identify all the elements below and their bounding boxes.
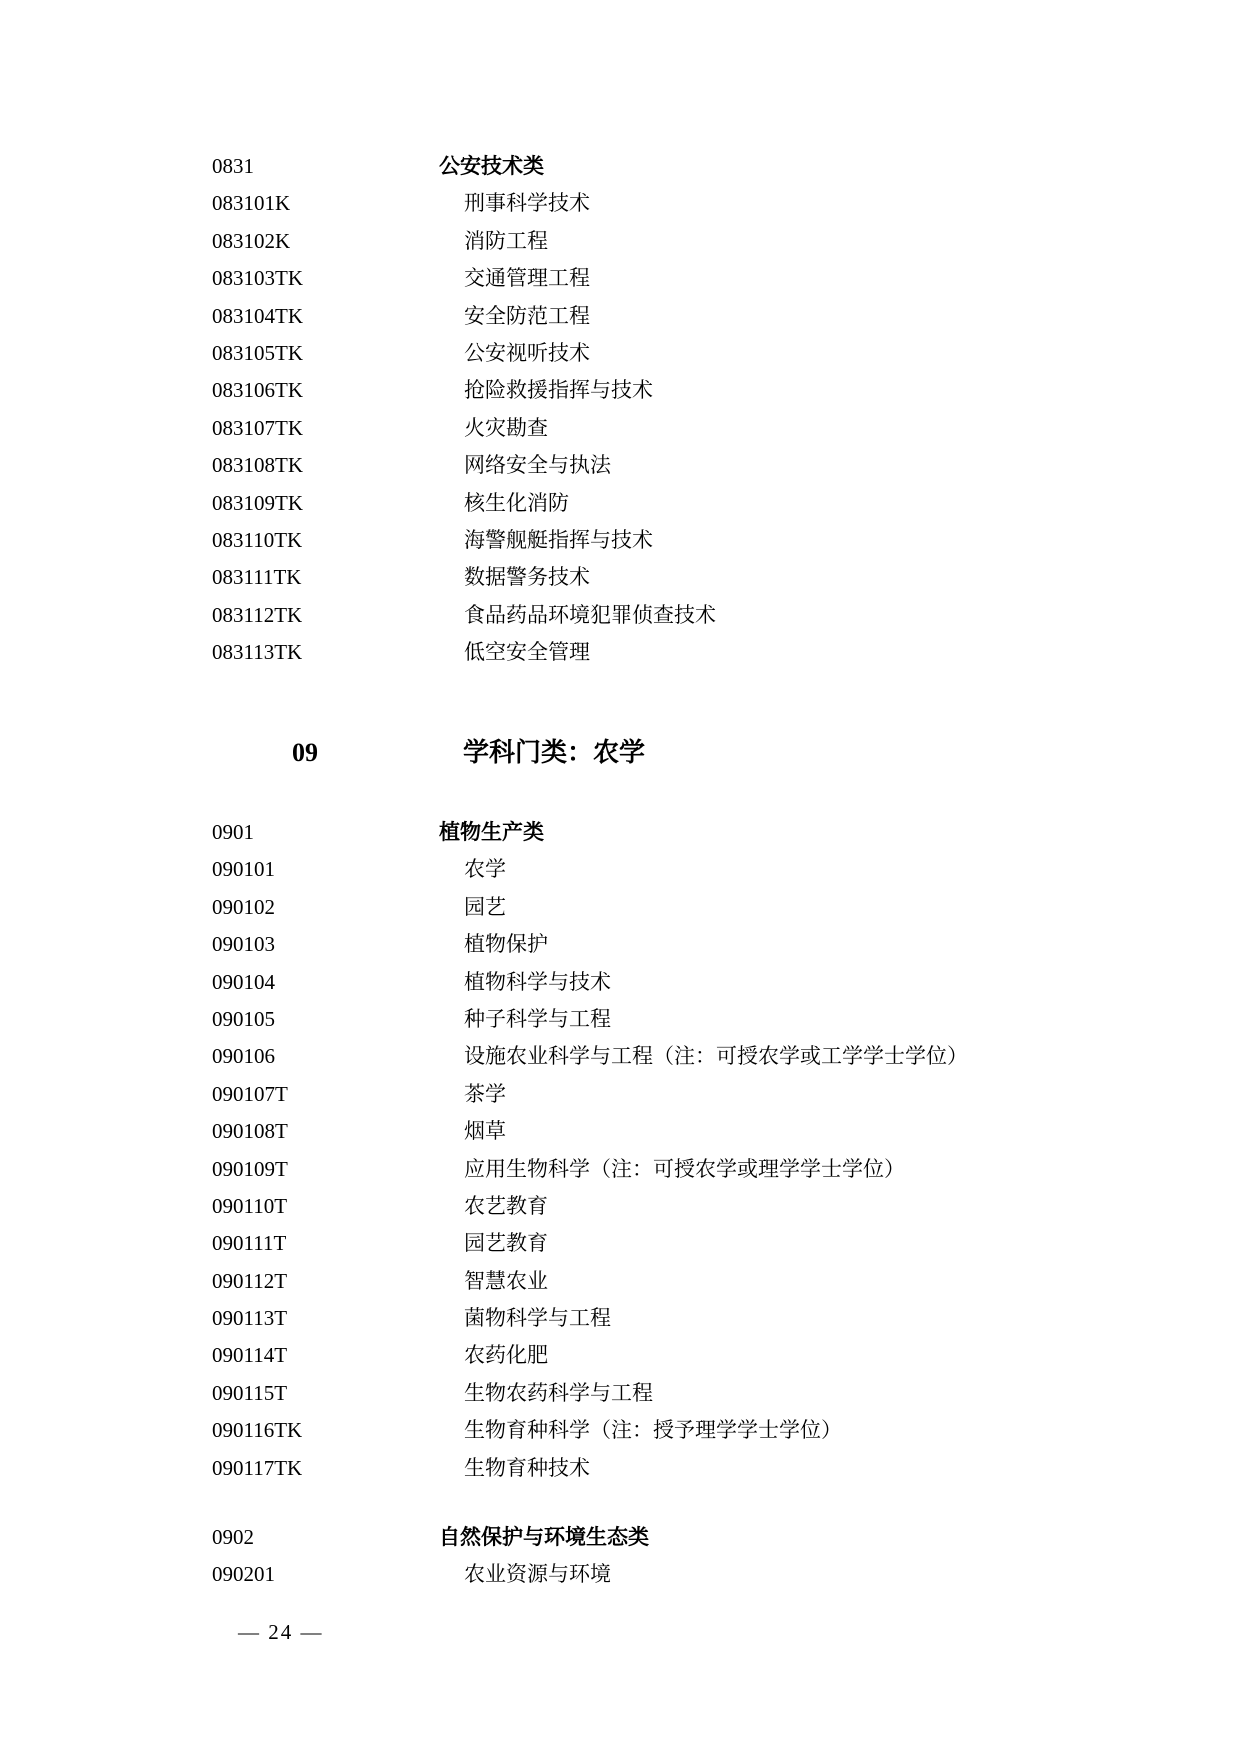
- major-name: 食品药品环境犯罪侦查技术: [439, 597, 716, 634]
- major-name: 园艺: [439, 889, 506, 926]
- major-name: 农业资源与环境: [439, 1556, 611, 1593]
- major-row: 090108T烟草: [0, 1113, 1241, 1150]
- category-title: 公安技术类: [439, 148, 544, 185]
- major-code: 083104TK: [212, 298, 439, 335]
- division-header: 09 学科门类：农学: [0, 736, 1241, 778]
- major-name: 植物科学与技术: [439, 964, 611, 1001]
- major-code: 083110TK: [212, 522, 439, 559]
- major-code: 083109TK: [212, 485, 439, 522]
- major-name: 植物保护: [439, 926, 548, 963]
- major-name: 农药化肥: [439, 1337, 548, 1374]
- major-row: 083102K消防工程: [0, 223, 1241, 260]
- major-row: 090113T菌物科学与工程: [0, 1300, 1241, 1337]
- major-name: 农艺教育: [439, 1188, 548, 1225]
- major-code: 090112T: [212, 1263, 439, 1300]
- major-row: 083105TK公安视听技术: [0, 335, 1241, 372]
- major-name: 消防工程: [439, 223, 548, 260]
- major-code: 090106: [212, 1038, 439, 1075]
- major-name: 抢险救援指挥与技术: [439, 372, 653, 409]
- major-code: 090114T: [212, 1337, 439, 1374]
- major-name: 生物育种科学（注：授予理学学士学位）: [439, 1412, 842, 1449]
- major-name: 生物农药科学与工程: [439, 1375, 653, 1412]
- major-row: 090116TK生物育种科学（注：授予理学学士学位）: [0, 1412, 1241, 1449]
- major-code: 090101: [212, 851, 439, 888]
- major-code: 090111T: [212, 1225, 439, 1262]
- major-row: 090201农业资源与环境: [0, 1556, 1241, 1593]
- major-code: 0902: [212, 1519, 439, 1556]
- major-name: 智慧农业: [439, 1263, 548, 1300]
- major-code: 083105TK: [212, 335, 439, 372]
- major-code: 0831: [212, 148, 439, 185]
- major-name: 火灾勘查: [439, 410, 548, 447]
- category-section-0901: 0901植物生产类090101农学090102园艺090103植物保护09010…: [0, 814, 1241, 1487]
- major-code: 090104: [212, 964, 439, 1001]
- major-code: 090117TK: [212, 1450, 439, 1487]
- major-code: 090115T: [212, 1375, 439, 1412]
- major-name: 烟草: [439, 1113, 506, 1150]
- major-name: 交通管理工程: [439, 260, 590, 297]
- major-row: 083112TK食品药品环境犯罪侦查技术: [0, 597, 1241, 634]
- major-code: 090110T: [212, 1188, 439, 1225]
- major-name: 应用生物科学（注：可授农学或理学学士学位）: [439, 1151, 905, 1188]
- major-row: 083107TK火灾勘查: [0, 410, 1241, 447]
- category-row: 0902自然保护与环境生态类: [0, 1519, 1241, 1556]
- major-name: 园艺教育: [439, 1225, 548, 1262]
- page-footer: — 24 —: [238, 1620, 324, 1645]
- major-row: 090101农学: [0, 851, 1241, 888]
- category-row: 0831公安技术类: [0, 148, 1241, 185]
- category-section-0902: 0902自然保护与环境生态类090201农业资源与环境: [0, 1519, 1241, 1594]
- major-row: 090105种子科学与工程: [0, 1001, 1241, 1038]
- major-name: 核生化消防: [439, 485, 569, 522]
- major-name: 设施农业科学与工程（注：可授农学或工学学士学位）: [439, 1038, 968, 1075]
- major-row: 090112T智慧农业: [0, 1263, 1241, 1300]
- division-code: 09: [292, 736, 318, 770]
- major-code: 083107TK: [212, 410, 439, 447]
- major-row: 083108TK网络安全与执法: [0, 447, 1241, 484]
- category-title: 植物生产类: [439, 814, 544, 851]
- major-name: 种子科学与工程: [439, 1001, 611, 1038]
- major-row: 083104TK安全防范工程: [0, 298, 1241, 335]
- major-code: 083113TK: [212, 634, 439, 671]
- major-row: 090109T应用生物科学（注：可授农学或理学学士学位）: [0, 1151, 1241, 1188]
- major-code: 083106TK: [212, 372, 439, 409]
- major-code: 090108T: [212, 1113, 439, 1150]
- major-row: 083109TK核生化消防: [0, 485, 1241, 522]
- major-name: 生物育种技术: [439, 1450, 590, 1487]
- major-code: 090113T: [212, 1300, 439, 1337]
- major-row: 083111TK数据警务技术: [0, 559, 1241, 596]
- major-row: 090117TK生物育种技术: [0, 1450, 1241, 1487]
- major-code: 090105: [212, 1001, 439, 1038]
- major-row: 090115T生物农药科学与工程: [0, 1375, 1241, 1412]
- major-code: 083101K: [212, 185, 439, 222]
- major-code: 083103TK: [212, 260, 439, 297]
- major-row: 083103TK交通管理工程: [0, 260, 1241, 297]
- major-code: 090116TK: [212, 1412, 439, 1449]
- major-code: 083112TK: [212, 597, 439, 634]
- major-row: 083106TK抢险救援指挥与技术: [0, 372, 1241, 409]
- major-code: 083102K: [212, 223, 439, 260]
- major-code: 083108TK: [212, 447, 439, 484]
- major-code: 090107T: [212, 1076, 439, 1113]
- major-code: 0901: [212, 814, 439, 851]
- category-title: 自然保护与环境生态类: [439, 1519, 649, 1556]
- major-name: 公安视听技术: [439, 335, 590, 372]
- major-row: 090104植物科学与技术: [0, 964, 1241, 1001]
- major-row: 083110TK海警舰艇指挥与技术: [0, 522, 1241, 559]
- major-name: 安全防范工程: [439, 298, 590, 335]
- page-number: — 24 —: [238, 1620, 324, 1644]
- major-row: 090114T农药化肥: [0, 1337, 1241, 1374]
- major-name: 低空安全管理: [439, 634, 590, 671]
- category-row: 0901植物生产类: [0, 814, 1241, 851]
- major-row: 090110T农艺教育: [0, 1188, 1241, 1225]
- major-code: 090102: [212, 889, 439, 926]
- category-section-0831: 0831公安技术类083101K刑事科学技术083102K消防工程083103T…: [0, 148, 1241, 671]
- major-row: 090102园艺: [0, 889, 1241, 926]
- major-row: 090103植物保护: [0, 926, 1241, 963]
- major-name: 菌物科学与工程: [439, 1300, 611, 1337]
- major-row: 090111T园艺教育: [0, 1225, 1241, 1262]
- major-name: 数据警务技术: [439, 559, 590, 596]
- major-code: 090201: [212, 1556, 439, 1593]
- major-name: 网络安全与执法: [439, 447, 611, 484]
- major-name: 茶学: [439, 1076, 506, 1113]
- division-title: 学科门类：农学: [463, 736, 645, 770]
- major-row: 090106设施农业科学与工程（注：可授农学或工学学士学位）: [0, 1038, 1241, 1075]
- major-row: 083113TK低空安全管理: [0, 634, 1241, 671]
- major-code: 083111TK: [212, 559, 439, 596]
- major-row: 083101K刑事科学技术: [0, 185, 1241, 222]
- major-code: 090103: [212, 926, 439, 963]
- document-page: 0831公安技术类083101K刑事科学技术083102K消防工程083103T…: [0, 0, 1241, 1755]
- major-code: 090109T: [212, 1151, 439, 1188]
- major-row: 090107T茶学: [0, 1076, 1241, 1113]
- major-name: 海警舰艇指挥与技术: [439, 522, 653, 559]
- major-name: 农学: [439, 851, 506, 888]
- major-name: 刑事科学技术: [439, 185, 590, 222]
